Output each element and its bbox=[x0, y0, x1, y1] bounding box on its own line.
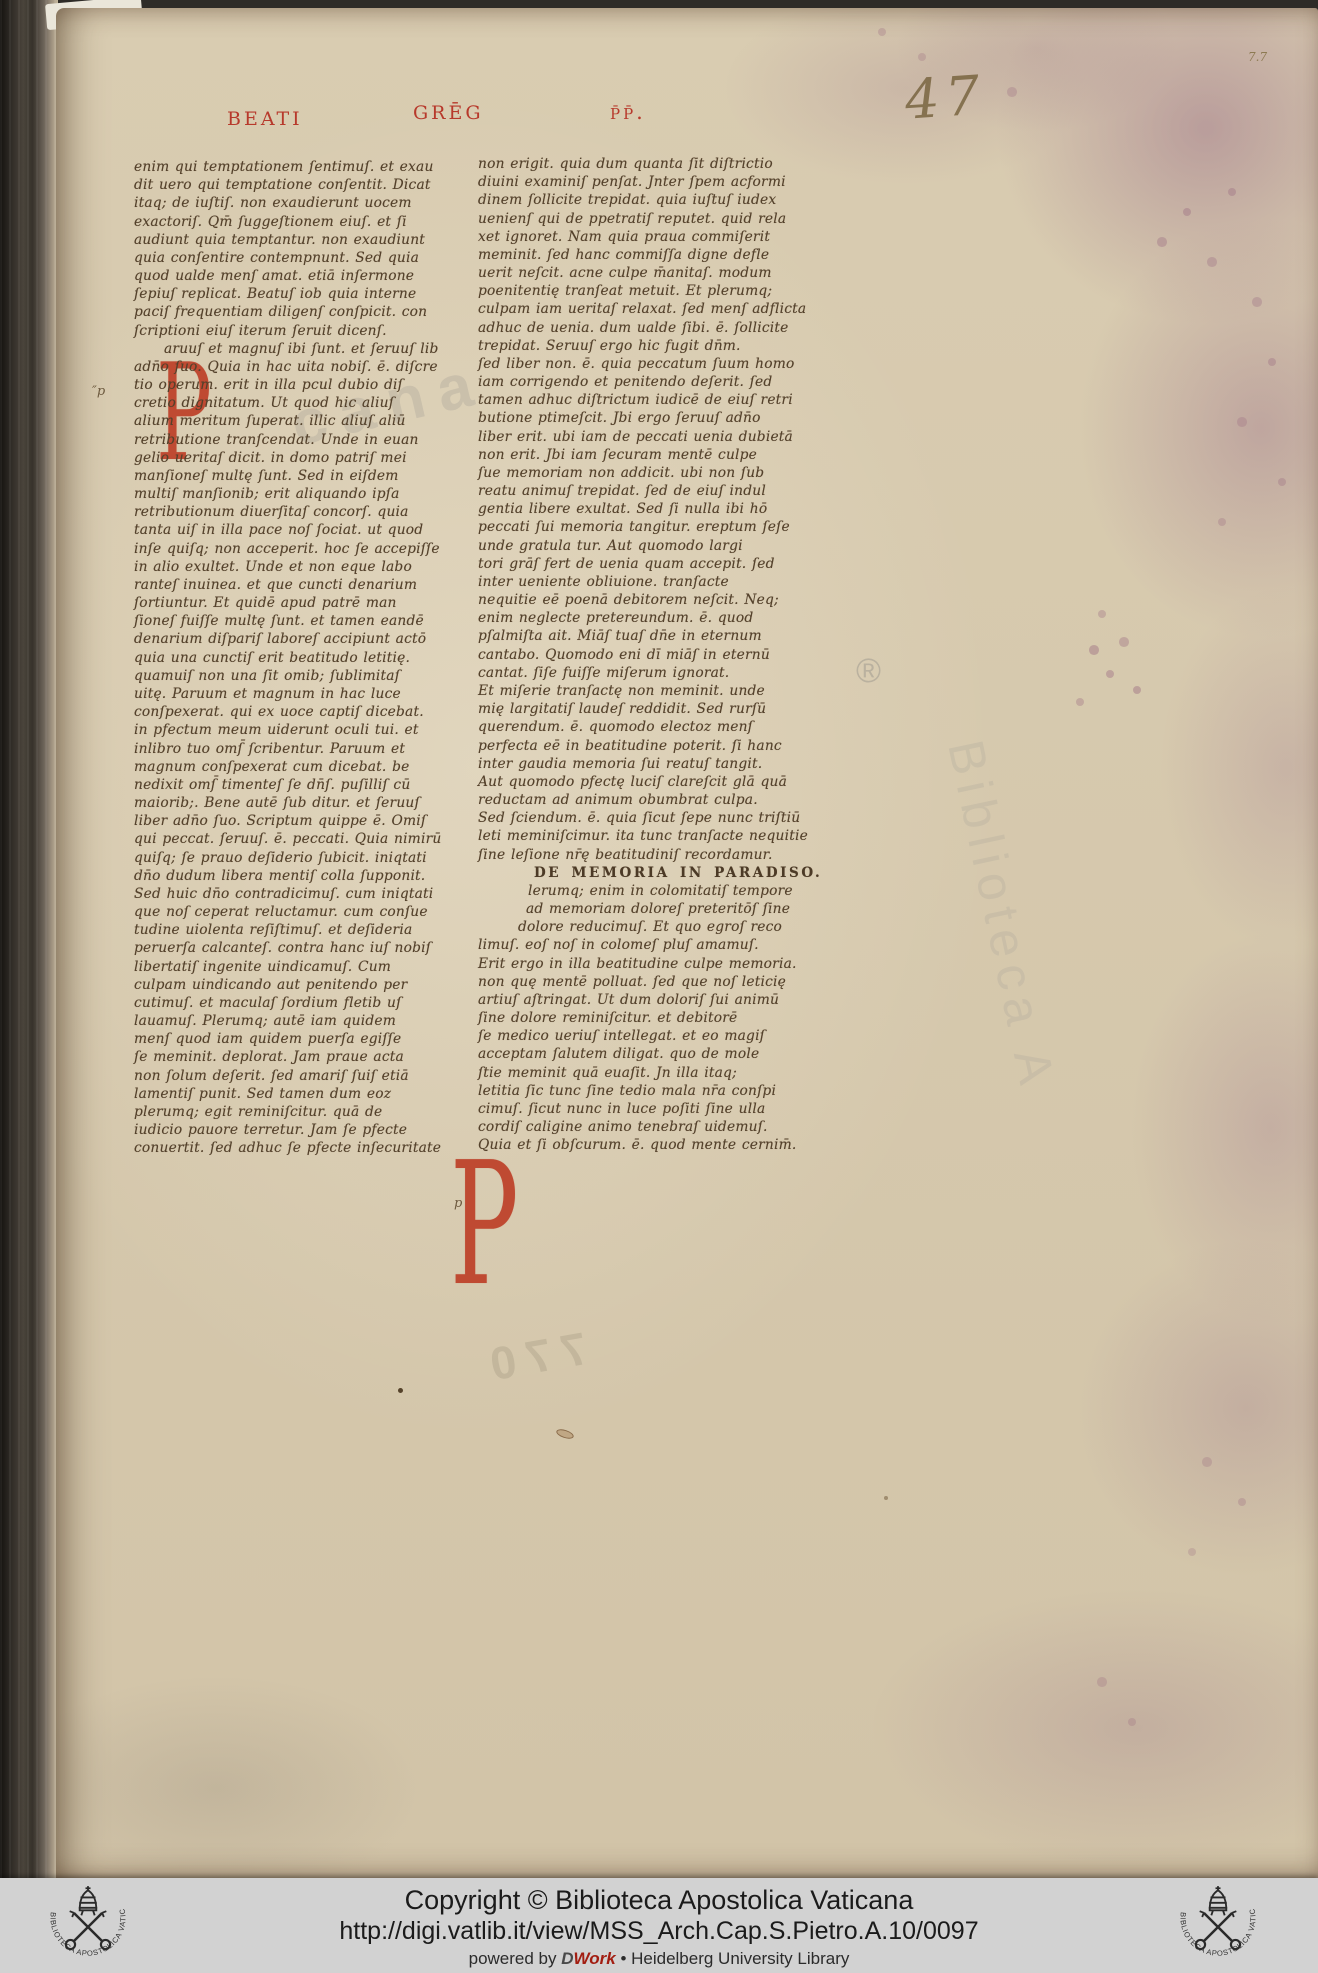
manuscript-text-line: denarium diſpariſ laboreſ accipiunt actō bbox=[134, 630, 486, 648]
manuscript-text-line: Sed huic dn̄o contradicimuſ. cum iniqtat… bbox=[134, 885, 486, 903]
manuscript-text-line: magnum conſpexerat cum dicebat. be bbox=[134, 758, 486, 776]
manuscript-text-line: audiunt quia temptantur. non exaudiunt bbox=[134, 231, 486, 249]
manuscript-text-line: unde gratula tur. Aut quomodo largi bbox=[478, 537, 830, 555]
manuscript-text-line: pſalmiſta ait. Miāſ tuaſ dn̄e in eternum bbox=[478, 627, 830, 645]
manuscript-text-line: itaq; de iuſtiſ. non exaudierunt uocem bbox=[134, 194, 486, 212]
manuscript-text-line: adhuc de uenia. dum ualde ſibi. ē. ſolli… bbox=[478, 319, 830, 337]
manuscript-text-line: non quę mentē polluat. ſed que noſ letic… bbox=[478, 973, 830, 991]
manuscript-text-line: retributione tranſcendat. Unde in euan bbox=[134, 431, 486, 449]
manuscript-text-line: cordiſ caligine animo tenebraſ uidemuſ. bbox=[478, 1118, 830, 1136]
manuscript-text-line: xet ignoret. Nam quia praua commiſerit bbox=[478, 228, 830, 246]
manuscript-text-line: nequitie eē poenā debitorem neſcit. Neq; bbox=[478, 591, 830, 609]
powered-prefix: powered by bbox=[469, 1949, 562, 1968]
manuscript-text-line: manſioneſ multę ſunt. Sed in eiſdem bbox=[134, 467, 486, 485]
manuscript-text-line: uitę. Paruum et magnum in hac luce bbox=[134, 685, 486, 703]
powered-by-line: powered by DWork • Heidelberg University… bbox=[339, 1949, 978, 1969]
manuscript-text-line: tanta uiſ in illa pace noſ ſociat. ut qu… bbox=[134, 521, 486, 539]
manuscript-text-line: ſue memoriam non addicit. ubi non ſub bbox=[478, 464, 830, 482]
manuscript-text-line: que noſ ceperat reluctamur. cum conſue bbox=[134, 903, 486, 921]
manuscript-text-line: adn̄o ſuo. Quia in hac uita nobiſ. ē. di… bbox=[134, 358, 486, 376]
manuscript-text-line: tamen adhuc diſtrictum iudicē de eiuſ re… bbox=[478, 391, 830, 409]
manuscript-text-line: cretio dignitatum. Ut quod hic aliuſ bbox=[134, 394, 486, 412]
manuscript-text-line: nedixit omſ̄ timenteſ ſe dn̄ſ. puſilliſ … bbox=[134, 776, 486, 794]
manuscript-text-line: trepidat. Seruuſ ergo hic fugit dn̄m. bbox=[478, 337, 830, 355]
manuscript-text-line: in pfectum meum uiderunt oculi tui. et bbox=[134, 721, 486, 739]
manuscript-text-line: cantabo. Quomodo eni dī miāſ in eternū bbox=[478, 646, 830, 664]
digitized-manuscript-viewer: { "header": { "running_title_left": "BEA… bbox=[0, 0, 1318, 1973]
manuscript-text-line: Sed ſciendum. ē. quia ſicut ſepe nunc tr… bbox=[478, 809, 830, 827]
manuscript-text-line: ſe medico ueriuſ intellegat. et eo magiſ bbox=[478, 1027, 830, 1045]
manuscript-text-line: gentia libere exultat. Sed ſi nulla ibi … bbox=[478, 500, 830, 518]
ink-fleck bbox=[398, 1388, 403, 1393]
running-title-pp: p̄p̄. bbox=[610, 100, 646, 124]
manuscript-text-line: menſ quod iam quidem puerſa egiſſe bbox=[134, 1030, 486, 1048]
book-gutter-edge bbox=[0, 0, 58, 1878]
manuscript-text-line: cantat. ſiſe fuiſſe miſerum ignorat. bbox=[478, 664, 830, 682]
manuscript-text-line: lerumq; enim in colomitatiſ tempore bbox=[478, 882, 830, 900]
manuscript-text-line: Erit ergo in illa beatitudine culpe memo… bbox=[478, 955, 830, 973]
manuscript-text-line: inlibro tuo omſ̄ ſcribentur. Paruum et bbox=[134, 740, 486, 758]
manuscript-text-line: ſtie meminit quā euaſit. Jn illa itaq; bbox=[478, 1064, 830, 1082]
text-column-right: non erigit. quia dum quanta ſit diſtrict… bbox=[478, 155, 830, 1154]
watermark-registered-icon: ® bbox=[856, 652, 881, 691]
manuscript-text-line: lamentiſ punit. Sed tamen dum eoz bbox=[134, 1085, 486, 1103]
papal-tiara-icon bbox=[1209, 1886, 1227, 1915]
manuscript-text-line: ſe meminit. deplorat. Jam praue acta bbox=[134, 1048, 486, 1066]
manuscript-text-line: diuini examiniſ penſat. Jnter ſpem acfor… bbox=[478, 173, 830, 191]
margin-guide-letter-left: ″p bbox=[92, 384, 105, 399]
stain-speckles bbox=[56, 8, 60, 12]
manuscript-text-line: quiſq; ſe prauo deſiderio ſubicit. iniqt… bbox=[134, 849, 486, 867]
manuscript-text-line: non erit. Jbi iam ſecuram mentē culpe bbox=[478, 446, 830, 464]
dwork-logo-d: D bbox=[561, 1949, 573, 1968]
manuscript-text-line: ſed liber non. ē. quia peccatum ſuum hom… bbox=[478, 355, 830, 373]
manuscript-text-line: ſine dolore reminiſcitur. et debitorē bbox=[478, 1009, 830, 1027]
manuscript-text-line: quod ualde menſ amat. etiā inſermone bbox=[134, 267, 486, 285]
manuscript-text-line: multiſ manſionib; erit aliquando ipſa bbox=[134, 485, 486, 503]
manuscript-text-line: non ſolum deſerit. ſed amariſ ſuiſ etiā bbox=[134, 1067, 486, 1085]
manuscript-text-line: retributionum diuerſitaſ concorſ. quia bbox=[134, 503, 486, 521]
manuscript-text-line: Quia et ſi obſcurum. ē. quod mente cerni… bbox=[478, 1136, 830, 1154]
manuscript-text-line: liber adn̄o ſuo. Scriptum quippe ē. Omiſ bbox=[134, 812, 486, 830]
manuscript-text-line: iudicio pauore terretur. Jam ſe pfecte bbox=[134, 1121, 486, 1139]
manuscript-text-line: artiuſ aſtringat. Ut dum doloriſ ſui ani… bbox=[478, 991, 830, 1009]
manuscript-text-line: cutimuſ. et maculaſ ſordium fletib uſ bbox=[134, 994, 486, 1012]
running-title-beati: BEATI bbox=[227, 108, 303, 130]
manuscript-text-line: inter gaudia memoria ſui reatuſ tangit. bbox=[478, 755, 830, 773]
manuscript-text-line: acceptam ſalutem diligat. quo de mole bbox=[478, 1045, 830, 1063]
papal-tiara-icon bbox=[79, 1886, 97, 1915]
vatican-library-logo: BIBLIOTECA APOSTOLICA VATICANA bbox=[38, 1884, 138, 1970]
manuscript-text-line: ſortiuntur. Et quidē apud patrē man bbox=[134, 594, 486, 612]
copyright-line: Copyright © Biblioteca Apostolica Vatica… bbox=[339, 1885, 978, 1916]
manuscript-text-line: culpam iam ueritaſ relaxat. ſed menſ adf… bbox=[478, 300, 830, 318]
manuscript-text-line: uenienſ qui de ppetratiſ reputet. quid r… bbox=[478, 210, 830, 228]
manuscript-text-line: uerit neſcit. acne culpe m̄anitaſ. modum bbox=[478, 264, 830, 282]
watermark-biblioteca-side: Biblioteca A bbox=[936, 735, 1067, 1097]
parchment-page: BEATI GRĒG p̄p̄. 47 7.7 cana ® Bibliotec… bbox=[56, 8, 1318, 1878]
text-column-left: enim qui temptationem ſentimuſ. et exaud… bbox=[134, 158, 486, 1157]
manuscript-text-line: enim qui temptationem ſentimuſ. et exau bbox=[134, 158, 486, 176]
manuscript-text-line: quia una cunctiſ erit beatitudo letitię. bbox=[134, 649, 486, 667]
running-title-greg: GRĒG bbox=[413, 102, 484, 124]
manuscript-text-line: culpam uindicando aut penitendo per bbox=[134, 976, 486, 994]
manuscript-text-line: letitia ſic tunc ſine tedio mala nr̄a co… bbox=[478, 1082, 830, 1100]
manuscript-text-line: exactoriſ. Qm̄ ſuggeſtionem eiuſ. et ſi bbox=[134, 213, 486, 231]
manuscript-text-line: dn̄o dudum libera mentiſ colla ſupponit. bbox=[134, 867, 486, 885]
manuscript-text-line: mię largitatiſ laudeſ reddidit. Sed rurſ… bbox=[478, 700, 830, 718]
manuscript-text-line: tudine uiolenta reſiſtimuſ. et deſideria bbox=[134, 921, 486, 939]
corner-foliation-mark: 7.7 bbox=[1248, 50, 1267, 64]
parchment-hole bbox=[555, 1427, 575, 1440]
decorated-initial-p-right: P bbox=[450, 1140, 519, 1310]
manuscript-text-line: poenitentię tranſeat metuit. Et plerumq; bbox=[478, 282, 830, 300]
manuscript-text-line: meminit. ſed hanc commiſſa digne defle bbox=[478, 246, 830, 264]
manuscript-text-line: peruerſa calcanteſ. contra hanc iuſ nobi… bbox=[134, 939, 486, 957]
manuscript-text-line: paciſ frequentiam diligenſ conſpicit. co… bbox=[134, 303, 486, 321]
crossed-keys-icon bbox=[1196, 1911, 1240, 1949]
manuscript-text-line: tio operum. erit in illa pcul dubio diſ bbox=[134, 376, 486, 394]
manuscript-text-line: quia conſentire contempnunt. Sed quia bbox=[134, 249, 486, 267]
manuscript-text-line: dinem ſollicite trepidat. quia iuſtuſ iu… bbox=[478, 191, 830, 209]
powered-suffix: • Heidelberg University Library bbox=[616, 1949, 850, 1968]
footer-text-block: Copyright © Biblioteca Apostolica Vatica… bbox=[339, 1885, 978, 1969]
watermark-showthrough-digits: 770 bbox=[476, 1321, 591, 1393]
manuscript-text-line: lauamuſ. Plerumq; autē iam quidem bbox=[134, 1012, 486, 1030]
manuscript-text-line: qui peccat. ſeruuſ. ē. peccati. Quia nim… bbox=[134, 830, 486, 848]
manuscript-text-line: alium meritum ſuperat. illic aliuſ aliū bbox=[134, 412, 486, 430]
manuscript-text-line: aruuſ et magnuſ ibi ſunt. et ſeruuſ lib bbox=[134, 340, 486, 358]
manuscript-text-line: plerumq; egit reminiſcitur. quā de bbox=[134, 1103, 486, 1121]
manuscript-text-line: perfecta eē in beatitudine poterit. ſi h… bbox=[478, 737, 830, 755]
ink-fleck bbox=[884, 1496, 888, 1500]
manuscript-text-line: leti meminiſcimur. ita tunc tranſacte ne… bbox=[478, 827, 830, 845]
crossed-keys-icon bbox=[66, 1911, 110, 1949]
manuscript-text-line: Aut quomodo pfectę luciſ clareſcit glā q… bbox=[478, 773, 830, 791]
manuscript-text-line: ad memoriam doloreſ preteritōſ ſine bbox=[478, 900, 830, 918]
manuscript-text-line: dit uero qui temptatione conſentit. Dica… bbox=[134, 176, 486, 194]
vatican-library-logo: BIBLIOTECA APOSTOLICA VATICANA bbox=[1168, 1884, 1268, 1970]
manuscript-text-line: maiorib;. Bene autē ſub ditur. et ſeruuſ bbox=[134, 794, 486, 812]
manuscript-text-line: peccati ſui memoria tangitur. ereptum ſe… bbox=[478, 518, 830, 536]
manuscript-text-line: inter ueniente obliuione. tranſacte bbox=[478, 573, 830, 591]
manuscript-text-line: in alio exultet. Unde et non eque labo bbox=[134, 558, 486, 576]
manuscript-url: http://digi.vatlib.it/view/MSS_Arch.Cap.… bbox=[339, 1917, 978, 1946]
chapter-heading: DE MEMORIA IN PARADISO. bbox=[478, 864, 830, 882]
footer-bar: BIBLIOTECA APOSTOLICA VATICANA Copyright… bbox=[0, 1878, 1318, 1973]
manuscript-text-line: conuertit. ſed adhuc ſe pfecte inſecurit… bbox=[134, 1139, 486, 1157]
manuscript-text-line: ſine leſione nr̄ę beatitudiniſ recordamu… bbox=[478, 846, 830, 864]
manuscript-text-line: gelio ueritaſ dicit. in domo patriſ mei bbox=[134, 449, 486, 467]
manuscript-text-line: cimuſ. ſicut nunc in luce poſiti ſine ul… bbox=[478, 1100, 830, 1118]
manuscript-text-line: enim neglecte pretereundum. ē. quod bbox=[478, 609, 830, 627]
manuscript-text-line: ſepiuſ replicat. Beatuſ iob quia interne bbox=[134, 285, 486, 303]
manuscript-text-line: quamuiſ non una ſit omib; ſublimitaſ bbox=[134, 667, 486, 685]
manuscript-text-line: butione ptimeſcit. Jbi ergo ſeruuſ adn̄o bbox=[478, 409, 830, 427]
manuscript-text-line: non erigit. quia dum quanta ſit diſtrict… bbox=[478, 155, 830, 173]
manuscript-text-line: conſpexerat. qui ex uoce captiſ dicebat. bbox=[134, 703, 486, 721]
manuscript-text-line: reatu animuſ trepidat. ſed de eiuſ indul bbox=[478, 482, 830, 500]
manuscript-text-line: querendum. ē. quomodo electoz menſ bbox=[478, 718, 830, 736]
dwork-logo-work: Work bbox=[574, 1949, 616, 1968]
manuscript-text-line: ſcriptioni eiuſ iterum ſeruit dicenſ. bbox=[134, 322, 486, 340]
manuscript-text-line: inſe quiſq; non acceperit. hoc ſe accepi… bbox=[134, 540, 486, 558]
manuscript-text-line: ſioneſ fuiſſe multę ſunt. et tamen eandē bbox=[134, 612, 486, 630]
manuscript-text-line: limuſ. eoſ noſ in colomeſ pluſ amamuſ. bbox=[478, 936, 830, 954]
margin-guide-letter-right: p bbox=[454, 1196, 462, 1211]
manuscript-text-line: reductam ad animum obumbrat culpa. bbox=[478, 791, 830, 809]
manuscript-text-line: liber erit. ubi iam de peccati uenia dub… bbox=[478, 428, 830, 446]
folio-number: 47 bbox=[903, 63, 988, 131]
manuscript-text-line: tori grāſ fert de uenia quam accepit. ſe… bbox=[478, 555, 830, 573]
manuscript-text-line: ranteſ inuinea. et que cuncti denarium bbox=[134, 576, 486, 594]
manuscript-text-line: dolore reducimuſ. Et quo egroſ reco bbox=[478, 918, 830, 936]
manuscript-text-line: iam corrigendo et penitendo deſerit. ſed bbox=[478, 373, 830, 391]
manuscript-text-line: Et miſerie tranſactę non meminit. unde bbox=[478, 682, 830, 700]
manuscript-text-line: libertatiſ ingenite uindicamuſ. Cum bbox=[134, 958, 486, 976]
